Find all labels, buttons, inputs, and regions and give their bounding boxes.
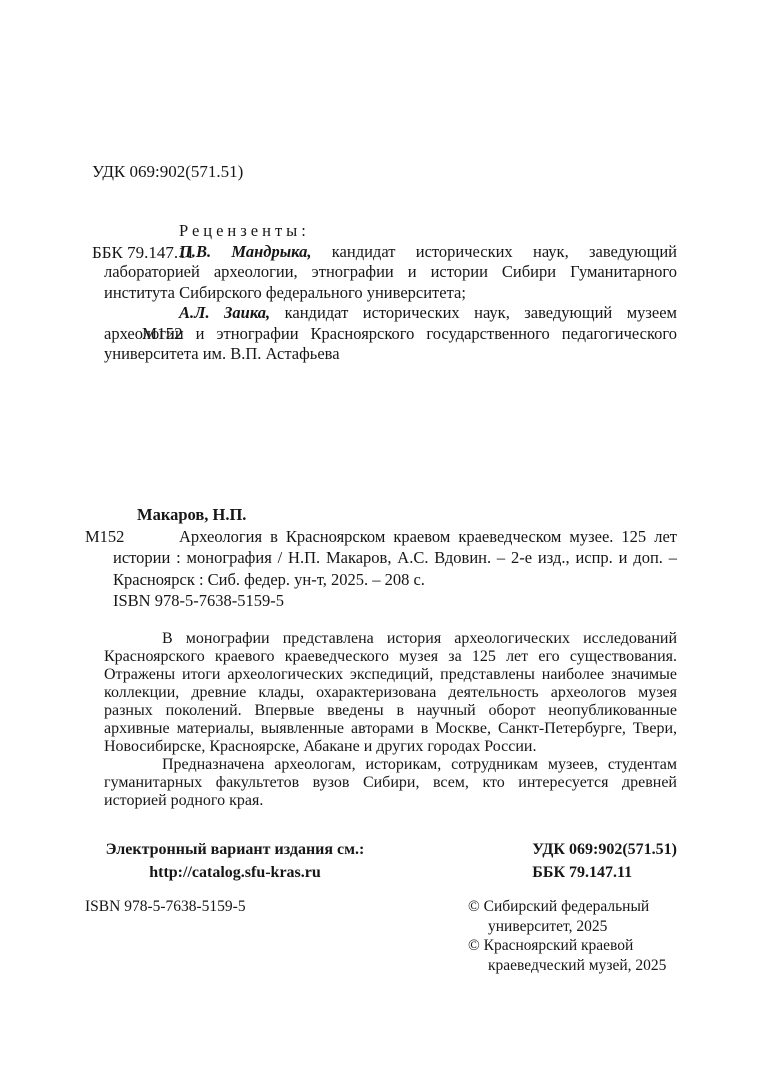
copyright-list: © Сибирский федеральный университет, 202… bbox=[468, 897, 677, 975]
imprint-bbk: ББК 79.147.11 bbox=[532, 861, 677, 884]
udc-code: УДК 069:902(571.51) bbox=[92, 158, 243, 185]
reviewer-entry: А.Л. Заика, кандидат исторических наук, … bbox=[104, 303, 677, 365]
bib-description: М152Археология в Красноярском краевом кр… bbox=[113, 526, 677, 591]
reviewer-entry: П.В. Мандрыка, кандидат исторических нау… bbox=[104, 242, 677, 304]
reviewer-name: А.Л. Заика, bbox=[179, 303, 270, 322]
bib-isbn: ISBN 978-5-7638-5159-5 bbox=[113, 590, 677, 612]
electronic-note-label: Электронный вариант издания см.: bbox=[104, 838, 366, 861]
imprint-page: УДК 069:902(571.51) ББК 79.147.11 М152 Р… bbox=[0, 0, 764, 1080]
isbn-line: ISBN 978-5-7638-5159-5 bbox=[85, 897, 246, 917]
bottom-section: ISBN 978-5-7638-5159-5 © Сибирский федер… bbox=[85, 897, 677, 975]
bib-description-text: Археология в Красноярском краевом краеве… bbox=[113, 527, 677, 589]
reviewers-heading: Рецензенты: bbox=[104, 221, 677, 242]
imprint-codes: УДК 069:902(571.51) ББК 79.147.11 bbox=[532, 838, 677, 884]
copyright-item: © Красноярский краевой краеведческий муз… bbox=[468, 936, 677, 975]
bibliographic-record-section: Макаров, Н.П. М152Археология в Красноярс… bbox=[113, 504, 677, 612]
electronic-url: http://catalog.sfu-kras.ru bbox=[104, 861, 366, 884]
annotation-paragraph: В монографии представлена история археол… bbox=[104, 630, 677, 756]
bib-author-heading: Макаров, Н.П. bbox=[113, 504, 677, 526]
imprint-footer: Электронный вариант издания см.: http://… bbox=[104, 838, 677, 884]
reviewers-section: Рецензенты: П.В. Мандрыка, кандидат исто… bbox=[104, 221, 677, 365]
annotation-paragraph: Предназначена археологам, историкам, сот… bbox=[104, 756, 677, 810]
copyright-item: © Сибирский федеральный университет, 202… bbox=[468, 897, 677, 936]
electronic-edition-note: Электронный вариант издания см.: http://… bbox=[104, 838, 366, 884]
reviewer-name: П.В. Мандрыка, bbox=[179, 242, 311, 261]
imprint-udc: УДК 069:902(571.51) bbox=[532, 838, 677, 861]
bib-author-sign: М152 bbox=[85, 526, 124, 548]
annotation-section: В монографии представлена история археол… bbox=[104, 630, 677, 810]
